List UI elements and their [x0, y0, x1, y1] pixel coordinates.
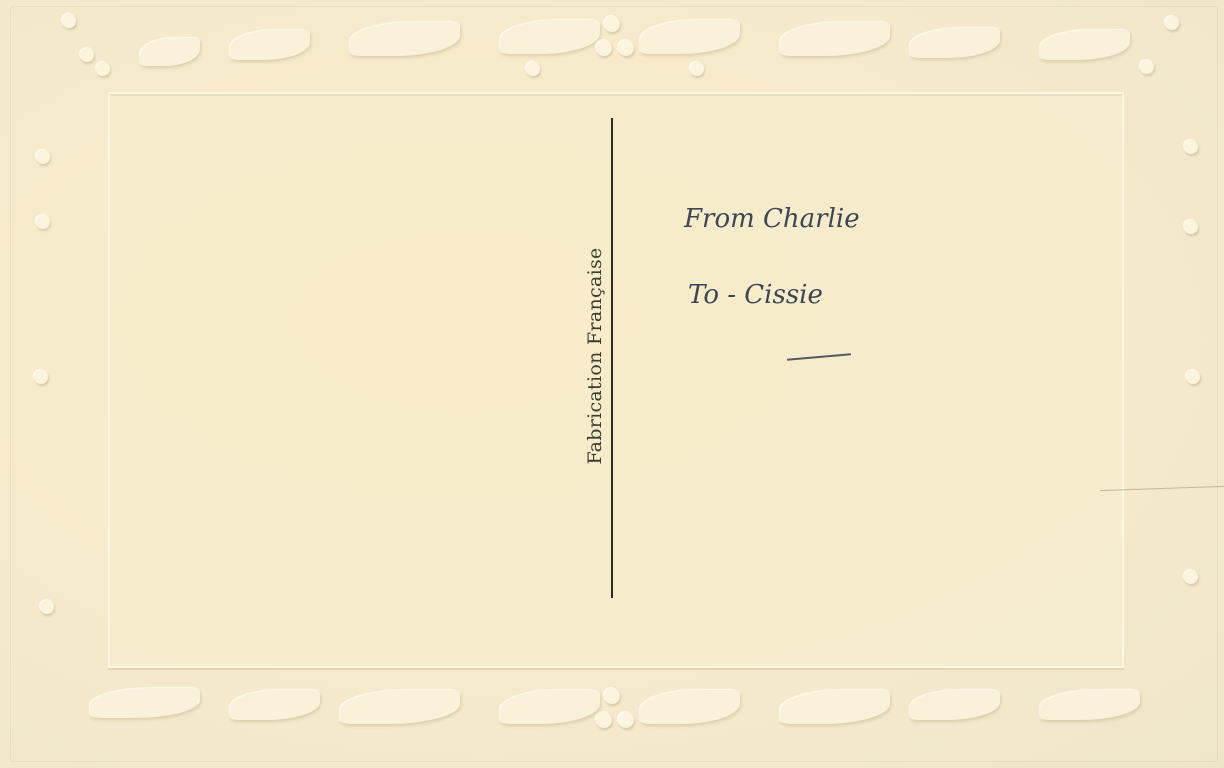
- divider-label: Fabrication Française: [584, 247, 606, 464]
- berry-icon: [1165, 16, 1179, 30]
- berry-icon: [36, 150, 50, 164]
- berry-icon: [1140, 60, 1154, 74]
- berry-icon: [1184, 570, 1198, 584]
- berry-icon: [36, 215, 50, 229]
- berry-icon: [80, 48, 94, 62]
- handwritten-from: From Charlie: [684, 204, 860, 234]
- postcard-back: Fabrication Française From Charlie To - …: [0, 0, 1224, 768]
- writing-area-frame: [108, 92, 1124, 668]
- berry-icon: [690, 62, 704, 76]
- berry-icon: [1186, 370, 1200, 384]
- handwritten-to: To - Cissie: [688, 280, 823, 310]
- berry-icon: [596, 712, 612, 728]
- berry-icon: [618, 712, 634, 728]
- berry-icon: [1184, 220, 1198, 234]
- berry-icon: [34, 370, 48, 384]
- berry-icon: [40, 600, 54, 614]
- berry-icon: [604, 688, 620, 704]
- berry-icon: [604, 16, 620, 32]
- center-divider-line: [611, 118, 613, 598]
- berry-icon: [618, 40, 634, 56]
- berry-icon: [1184, 140, 1198, 154]
- berry-icon: [596, 40, 612, 56]
- berry-icon: [96, 62, 110, 76]
- berry-icon: [62, 14, 76, 28]
- berry-icon: [526, 62, 540, 76]
